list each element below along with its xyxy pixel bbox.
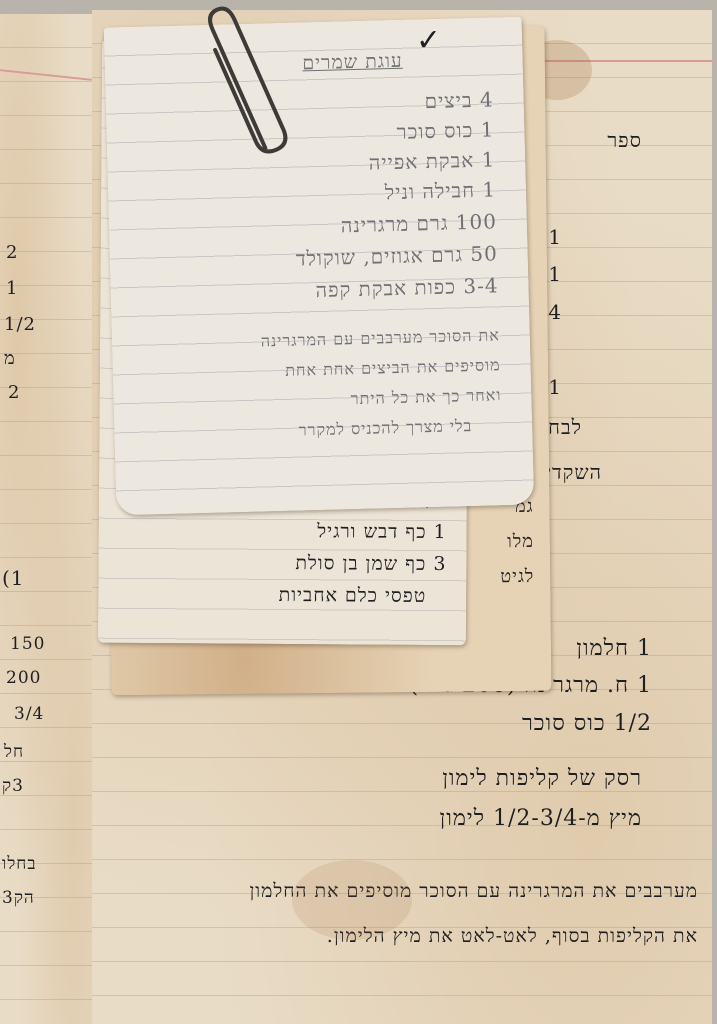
left-value: (1	[2, 566, 25, 590]
left-value: 2	[6, 242, 18, 263]
card-line: 1 כף דבש ורגיל	[317, 520, 447, 544]
left-value: 2	[8, 382, 20, 403]
recipe-card-front: ✓ עוגת שמרים 4 ביצים 1 כוס סוכר 1 אבקת א…	[104, 17, 535, 516]
left-value: 150	[10, 634, 45, 654]
ingredient-line: רסק של קליפות לימון	[442, 765, 642, 791]
margin-line	[0, 69, 92, 81]
ingredient-line: 1 כוס סוכר	[396, 117, 494, 145]
ingredient-line: 50 גרם אגוזים, שוקולד	[296, 241, 498, 271]
left-value: מ	[4, 348, 16, 369]
card-line: טפסי כלם אחביות	[279, 584, 427, 608]
left-value: חל	[4, 742, 24, 762]
left-value: 3/4	[14, 704, 44, 724]
left-value: 3ק	[2, 776, 24, 796]
card-title: עוגת שמרים	[302, 50, 403, 76]
ingredient-line: 1/2 כוס סוכר	[522, 710, 652, 736]
ingredient-line: 1 חלמון	[576, 635, 652, 661]
instruction-line: מוסיפים את הביצים אחת אחת	[285, 355, 501, 381]
ingredient-line: 1 אבקת אפייה	[369, 147, 496, 175]
stain	[292, 860, 412, 940]
check-mark-icon: ✓	[416, 23, 443, 59]
left-value: 1	[6, 278, 18, 299]
left-value: הק3	[2, 888, 35, 908]
page-header: ספר	[607, 128, 642, 153]
card-line: לגיט	[500, 566, 534, 587]
card-line: 3 כף שמן בן סולת	[295, 552, 446, 576]
ingredient-line: 4 ביצים	[424, 87, 494, 114]
ingredient-line: 100 גרם מרגרינה	[340, 209, 497, 238]
ingredient-line: 3-4 כפות אבקת קפה	[315, 273, 499, 303]
left-value: 200	[6, 668, 41, 688]
notebook-left-page: 2 1 1/2 מ 2 (1 150 200 3/4 חל 3ק בחלו הק…	[0, 14, 95, 1024]
instruction-line: בלי מצרך להכניס למקרר	[299, 416, 473, 441]
ingredient-line: 1 חבילה וניל	[385, 177, 497, 205]
card-line: מלו	[507, 531, 534, 552]
ingredient-line: מיץ מ-1/2-3/4 לימון	[440, 805, 642, 831]
left-value: 1/2	[4, 314, 36, 335]
instruction-line: את הסוכר מערבבים עם המרגרינה	[261, 325, 501, 351]
instruction-line: ואחר כך את כל היתר	[351, 385, 502, 409]
left-value: בחלו	[2, 854, 37, 874]
